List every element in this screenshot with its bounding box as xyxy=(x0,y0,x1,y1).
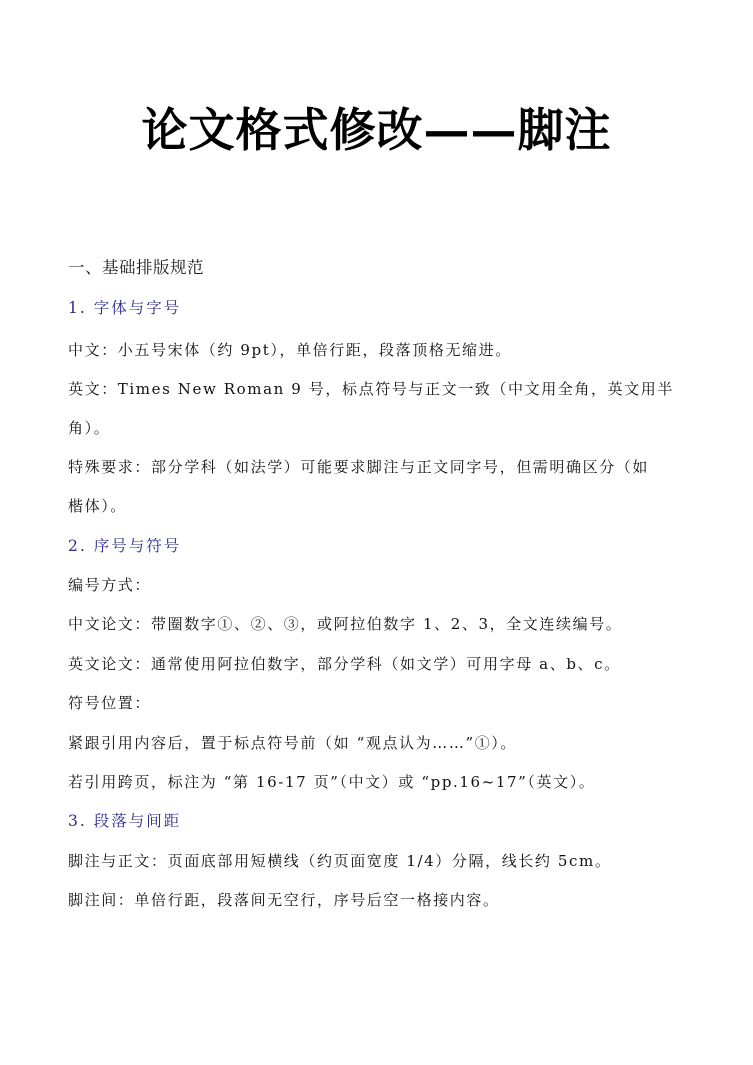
paragraph-line: 符号位置： xyxy=(68,693,151,713)
section-heading: 一、基础排版规范 xyxy=(68,258,204,278)
paragraph-line: 紧跟引用内容后，置于标点符号前（如 “观点认为……”①）。 xyxy=(68,733,517,753)
paragraph-line: 脚注与正文：页面底部用短横线（约页面宽度 1/4）分隔，线长约 5cm。 xyxy=(68,851,611,871)
subheading-font-and-size: 1. 字体与字号 xyxy=(68,298,181,318)
paragraph-line: 英文：Times New Roman 9 号，标点符号与正文一致（中文用全角，英… xyxy=(68,379,674,399)
paragraph-line: 脚注间：单倍行距，段落间无空行，序号后空一格接内容。 xyxy=(68,890,500,910)
paragraph-line: 角）。 xyxy=(68,418,110,438)
paragraph-line: 编号方式： xyxy=(68,575,151,595)
subheading-paragraph-and-spacing: 3. 段落与间距 xyxy=(68,811,181,831)
subheading-numbering-and-symbols: 2. 序号与符号 xyxy=(68,536,181,556)
paragraph-line: 若引用跨页，标注为 “第 16-17 页”（中文）或 “pp.16~17”（英文… xyxy=(68,772,595,792)
paragraph-line: 中文：小五号宋体（约 9pt），单倍行距，段落顶格无缩进。 xyxy=(68,340,512,360)
paragraph-line: 楷体）。 xyxy=(68,496,127,516)
paragraph-line: 英文论文：通常使用阿拉伯数字，部分学科（如文学）可用字母 a、b、c。 xyxy=(68,654,621,674)
paragraph-line: 特殊要求：部分学科（如法学）可能要求脚注与正文同字号，但需明确区分（如 xyxy=(68,457,649,477)
paragraph-line: 中文论文：带圈数字①、②、③，或阿拉伯数字 1、2、3，全文连续编号。 xyxy=(68,614,622,634)
page-title: 论文格式修改——脚注 xyxy=(0,100,753,160)
